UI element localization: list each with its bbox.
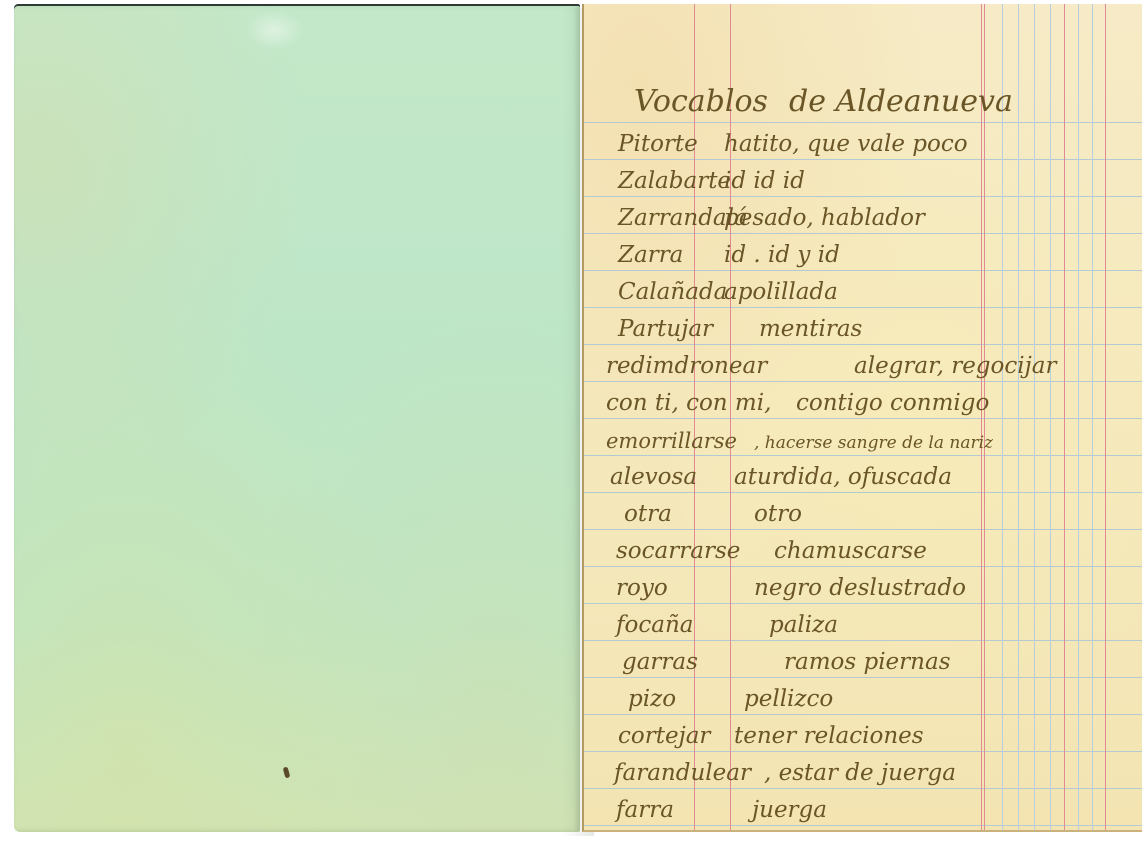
entry-term: socarrarse [616, 538, 740, 564]
right-page-lined-paper: Vocablos de Aldeanueva Pitorte hatito, q… [582, 4, 1142, 832]
vocabulary-list: Vocablos de Aldeanueva Pitorte hatito, q… [584, 4, 1142, 830]
page-title: Vocablos de Aldeanueva [584, 84, 1142, 121]
title-word: Vocablos [634, 84, 768, 119]
entry-definition: pesado, hablador [724, 205, 925, 231]
entry-definition: negro deslustrado [754, 575, 966, 601]
entry-term: Zalabarte [618, 168, 731, 194]
entry-term: alevosa [610, 464, 697, 490]
entry-term: focaña [616, 612, 693, 638]
entry-term: Zarra [618, 242, 683, 268]
entry-definition: id id id [724, 168, 805, 194]
entry-definition: pellizco [744, 686, 833, 712]
entry-term: farra [616, 797, 674, 823]
entry-definition: contigo conmigo [796, 390, 989, 416]
vocab-entry: Calañada apolillada [584, 270, 1142, 307]
entry-term: Partujar [618, 316, 713, 342]
entry-definition: apolillada [724, 279, 838, 305]
vocab-entry: garras ramos piernas [584, 640, 1142, 677]
vocab-entry: Pitorte hatito, que vale poco [584, 122, 1142, 159]
cover-crease-mark [244, 10, 304, 50]
entry-definition: chamuscarse [774, 538, 927, 564]
entry-definition: ramos piernas [784, 649, 951, 675]
entry-definition: juerga [752, 797, 827, 823]
entry-term: Pitorte [618, 131, 698, 157]
entry-term: farandulear [614, 760, 751, 786]
entry-term: con ti, con mi, [606, 390, 771, 416]
entry-term: cortejar [618, 723, 710, 749]
vocab-entry: con ti, con mi, contigo conmigo [584, 381, 1142, 418]
vocab-entry: socarrarse chamuscarse [584, 529, 1142, 566]
entry-definition: paliza [769, 612, 838, 638]
entry-term: emorrillarse [606, 429, 737, 453]
entry-definition: id . id y id [724, 242, 840, 268]
vocab-entry: royo negro deslustrado [584, 566, 1142, 603]
cover-ink-spot [283, 767, 291, 779]
vocab-entry: farra juerga [584, 788, 1142, 825]
entry-definition: alegrar, regocijar [854, 353, 1056, 379]
vocab-entry: Zarrandalá pesado, hablador [584, 196, 1142, 233]
vocab-entry: pizo pellizco [584, 677, 1142, 714]
title-subtitle: de Aldeanueva [789, 84, 1013, 119]
entry-definition: mentiras [759, 316, 862, 342]
vocab-entry: alevosa aturdida, ofuscada [584, 455, 1142, 492]
entry-term: royo [616, 575, 668, 601]
entry-term: redimdronear [606, 353, 767, 379]
vocab-entry: Zarra id . id y id [584, 233, 1142, 270]
entry-term: otra [624, 501, 672, 527]
entry-definition: otro [754, 501, 802, 527]
vocab-entry: focaña paliza [584, 603, 1142, 640]
entry-definition: , estar de juerga [764, 760, 956, 786]
entry-definition: , hacerse sangre de la nariz [754, 433, 993, 453]
entry-term: Calañada [618, 279, 727, 305]
vocab-entry: Zalabarte id id id [584, 159, 1142, 196]
entry-term: pizo [628, 686, 676, 712]
vocab-entry: otra otro [584, 492, 1142, 529]
vocab-entry: emorrillarse , hacerse sangre de la nari… [584, 418, 1142, 455]
vocab-entry: cortejar tener relaciones [584, 714, 1142, 751]
notebook-spread: Vocablos de Aldeanueva Pitorte hatito, q… [0, 0, 1142, 842]
vocab-entry: redimdronear alegrar, regocijar [584, 344, 1142, 381]
entry-definition: tener relaciones [734, 723, 924, 749]
entry-definition: hatito, que vale poco [724, 131, 968, 157]
left-page-green-cover [14, 4, 580, 832]
vocab-entry: Partujar mentiras [584, 307, 1142, 344]
vocab-entry: farandulear , estar de juerga [584, 751, 1142, 788]
entry-term: garras [622, 649, 698, 675]
entry-definition: aturdida, ofuscada [734, 464, 952, 490]
